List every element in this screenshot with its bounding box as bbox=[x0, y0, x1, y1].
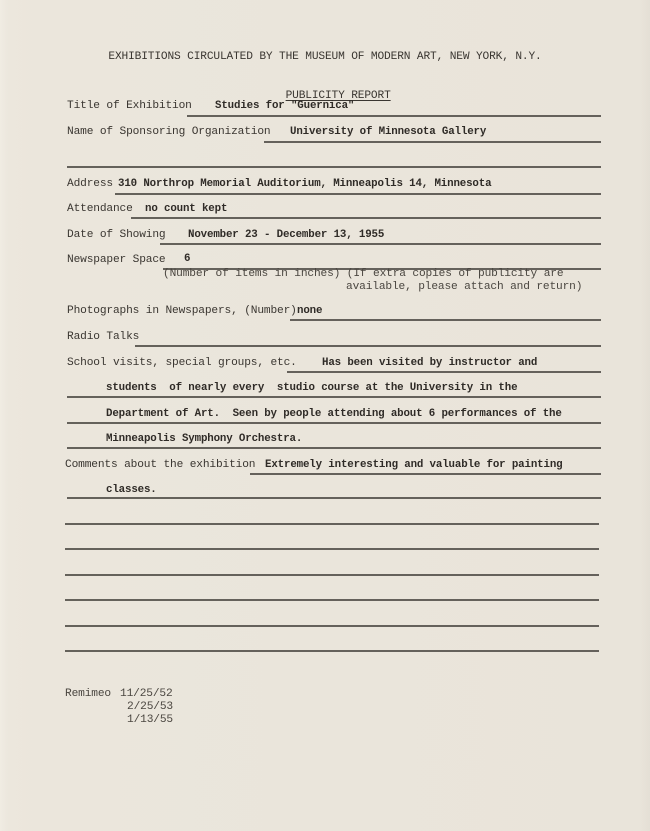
school-visits-continuation-line bbox=[67, 396, 601, 398]
sponsoring-organization-value: University of Minnesota Gallery bbox=[290, 126, 486, 139]
comments-continuation-line bbox=[67, 497, 601, 499]
attendance-line bbox=[131, 217, 601, 219]
date-of-showing-line bbox=[160, 243, 601, 245]
comments-line-1: Extremely interesting and valuable for p… bbox=[265, 459, 562, 472]
school-visits-line-1: Has been visited by instructor and bbox=[322, 357, 537, 370]
blank-line bbox=[65, 574, 599, 576]
comments-line bbox=[250, 473, 601, 475]
blank-line bbox=[65, 523, 599, 525]
address-value: 310 Northrop Memorial Auditorium, Minnea… bbox=[118, 178, 491, 191]
remimeo-date-3: 1/13/55 bbox=[127, 714, 173, 727]
photographs-value: none bbox=[297, 305, 322, 318]
newspaper-space-value: 6 bbox=[184, 253, 190, 266]
date-of-showing-label: Date of Showing bbox=[67, 229, 165, 242]
school-visits-continuation-line bbox=[67, 422, 601, 424]
photographs-line bbox=[290, 319, 601, 321]
address-line bbox=[115, 193, 601, 195]
attendance-label: Attendance bbox=[67, 203, 133, 216]
school-visits-line-3: Department of Art. Seen by people attend… bbox=[106, 408, 562, 421]
school-visits-line-2: students of nearly every studio course a… bbox=[106, 382, 517, 395]
document-page: EXHIBITIONS CIRCULATED BY THE MUSEUM OF … bbox=[0, 0, 650, 831]
date-of-showing-value: November 23 - December 13, 1955 bbox=[188, 229, 384, 242]
school-visits-line-4: Minneapolis Symphony Orchestra. bbox=[106, 433, 302, 446]
address-label: Address bbox=[67, 178, 113, 191]
blank-line bbox=[67, 166, 601, 168]
school-visits-line bbox=[287, 371, 601, 373]
remimeo-date-2: 2/25/53 bbox=[127, 701, 173, 714]
blank-line bbox=[65, 650, 599, 652]
photographs-label: Photographs in Newspapers, (Number) bbox=[67, 305, 297, 318]
school-visits-continuation-line bbox=[67, 447, 601, 449]
newspaper-space-label: Newspaper Space bbox=[67, 254, 165, 267]
attendance-value: no count kept bbox=[145, 203, 227, 216]
sponsoring-organization-line bbox=[264, 141, 601, 143]
title-of-exhibition-value: Studies for "Guernica" bbox=[215, 100, 354, 113]
document-header: EXHIBITIONS CIRCULATED BY THE MUSEUM OF … bbox=[0, 51, 650, 64]
newspaper-space-note-line2: available, please attach and return) bbox=[346, 281, 582, 294]
remimeo-date-1: 11/25/52 bbox=[120, 688, 173, 701]
remimeo-label: Remimeo bbox=[65, 688, 111, 701]
radio-talks-line bbox=[135, 345, 601, 347]
title-of-exhibition-label: Title of Exhibition bbox=[67, 100, 192, 113]
radio-talks-label: Radio Talks bbox=[67, 331, 139, 344]
blank-line bbox=[65, 625, 599, 627]
comments-line-2: classes. bbox=[106, 484, 157, 497]
school-visits-label: School visits, special groups, etc. bbox=[67, 357, 297, 370]
sponsoring-organization-label: Name of Sponsoring Organization bbox=[67, 126, 270, 139]
blank-line bbox=[65, 599, 599, 601]
newspaper-space-note-line1: (Number of items in inches) (If extra co… bbox=[163, 268, 563, 281]
blank-line bbox=[65, 548, 599, 550]
title-of-exhibition-line bbox=[187, 115, 601, 117]
comments-label: Comments about the exhibition bbox=[65, 459, 255, 472]
